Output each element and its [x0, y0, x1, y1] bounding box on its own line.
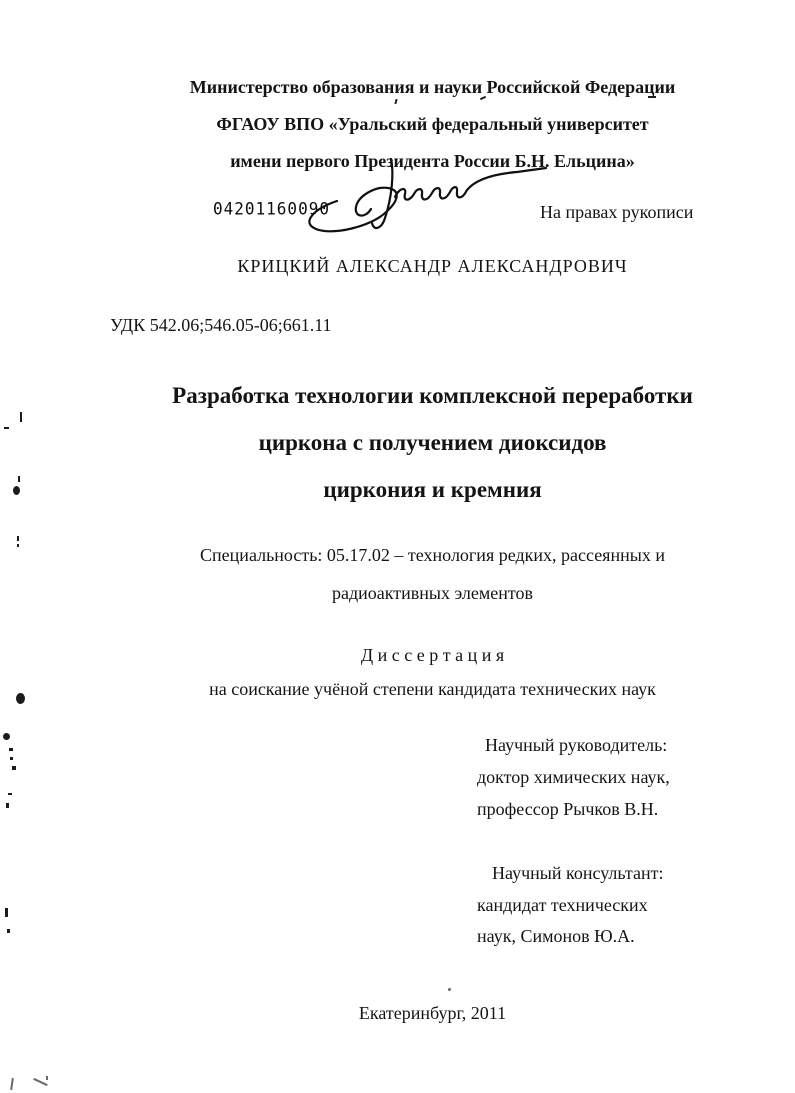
handwritten-signature [295, 155, 550, 237]
scan-artifact [7, 929, 10, 933]
title-line-3: циркония и кремния [70, 477, 795, 503]
title-line-1: Разработка технологии комплексной перера… [70, 383, 795, 409]
scan-artifact [3, 733, 10, 740]
scan-artifact [10, 757, 13, 760]
scan-artifact [17, 544, 19, 547]
city-year: Екатеринбург, 2011 [70, 1003, 795, 1024]
scan-artifact [9, 748, 13, 751]
scan-artifact [8, 793, 12, 795]
udk-code: УДК 542.06;546.05-06;661.11 [110, 315, 332, 336]
scan-artifact [46, 1076, 48, 1080]
university-line-1: ФГАОУ ВПО «Уральский федеральный универс… [70, 114, 795, 135]
specialty-line-2: радиоактивных элементов [70, 583, 795, 604]
scan-artifact [12, 766, 16, 770]
ministry-line: Министерство образования и науки Российс… [70, 77, 795, 98]
consultant-label: Научный консультант: [492, 863, 664, 884]
scan-artifact [10, 1078, 14, 1090]
scan-artifact [17, 536, 19, 541]
scan-artifact [4, 427, 9, 429]
scan-artifact [394, 99, 397, 104]
scan-artifact [648, 96, 656, 98]
scan-artifact [448, 988, 451, 991]
scan-artifact [6, 803, 9, 808]
title-line-2: циркона с получением диоксидов [70, 430, 795, 456]
dissertation-title-page: Министерство образования и науки Российс… [0, 0, 795, 1093]
scan-artifact [5, 908, 8, 917]
scan-artifact [16, 693, 25, 704]
supervisor-label: Научный руководитель: [485, 735, 667, 756]
author-name: КРИЦКИЙ АЛЕКСАНДР АЛЕКСАНДРОВИЧ [70, 256, 795, 277]
scan-artifact [13, 486, 20, 495]
scan-artifact [480, 96, 486, 100]
supervisor-degree: доктор химических наук, [477, 767, 670, 788]
consultant-name: наук, Симонов Ю.А. [477, 926, 635, 947]
consultant-degree: кандидат технических [477, 895, 648, 916]
degree-line-1: Д и с с е р т а ц и я [70, 645, 795, 666]
manuscript-note: На правах рукописи [540, 202, 693, 223]
supervisor-name: профессор Рычков В.Н. [477, 799, 658, 820]
degree-line-2: на соискание учёной степени кандидата те… [70, 679, 795, 700]
scan-artifact [20, 412, 22, 422]
scan-artifact [18, 476, 20, 482]
specialty-line-1: Специальность: 05.17.02 – технология ред… [70, 545, 795, 566]
